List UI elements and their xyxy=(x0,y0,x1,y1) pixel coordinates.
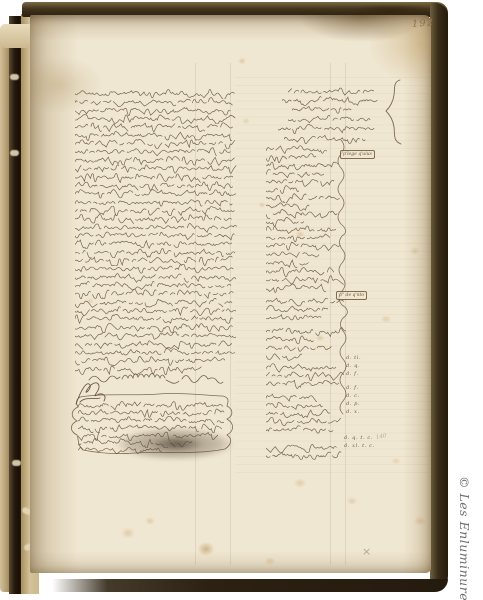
script-line xyxy=(266,308,322,318)
pencil-x-mark: × xyxy=(362,545,371,558)
margin-reference: d. q. t. c. xyxy=(344,435,373,441)
margin-reference: d. c. xyxy=(346,393,360,399)
cover-bottom-edge xyxy=(52,579,448,592)
margin-reference: d. p. xyxy=(346,401,360,407)
sewing-thread xyxy=(10,74,19,80)
right-text-column: d. ti.d. q.d. f.d. f.d. c.d. p.d. x.d. q… xyxy=(266,82,418,466)
script-line xyxy=(266,420,334,430)
margin-reference: d. x. xyxy=(346,409,360,415)
curly-brace xyxy=(384,79,404,145)
script-line xyxy=(266,244,320,254)
manuscript-photo: 192 xyxy=(0,0,483,600)
script-line xyxy=(266,374,340,384)
framed-marginal-note xyxy=(64,389,238,469)
script-line xyxy=(284,129,368,139)
margin-reference: d. q. xyxy=(346,363,360,369)
margin-annotation-box: p° de q'nto xyxy=(336,291,367,300)
script-line xyxy=(266,346,302,356)
underlying-page-tab xyxy=(0,24,32,48)
margin-reference: d. xl. t. c. xyxy=(344,443,375,449)
left-text-column xyxy=(75,84,241,376)
script-line xyxy=(75,360,203,370)
margin-annotation-box: p'lege q'uius xyxy=(340,150,375,159)
margin-reference: d. f. xyxy=(346,371,359,377)
sewing-thread xyxy=(10,150,19,156)
script-line xyxy=(278,119,376,129)
script-line xyxy=(266,446,342,456)
folio-number: 192 xyxy=(412,17,435,30)
sewing-thread xyxy=(12,460,21,466)
faint-inscription: 140 xyxy=(376,433,387,441)
margin-reference: d. f. xyxy=(346,385,359,391)
script-line xyxy=(266,278,326,288)
ink-smudge-core xyxy=(142,433,212,455)
manuscript-page: 192 xyxy=(30,15,431,573)
margin-reference: d. ti. xyxy=(346,355,361,361)
copyright-watermark: © Les Enluminures xyxy=(457,476,472,596)
script-line xyxy=(292,100,352,110)
